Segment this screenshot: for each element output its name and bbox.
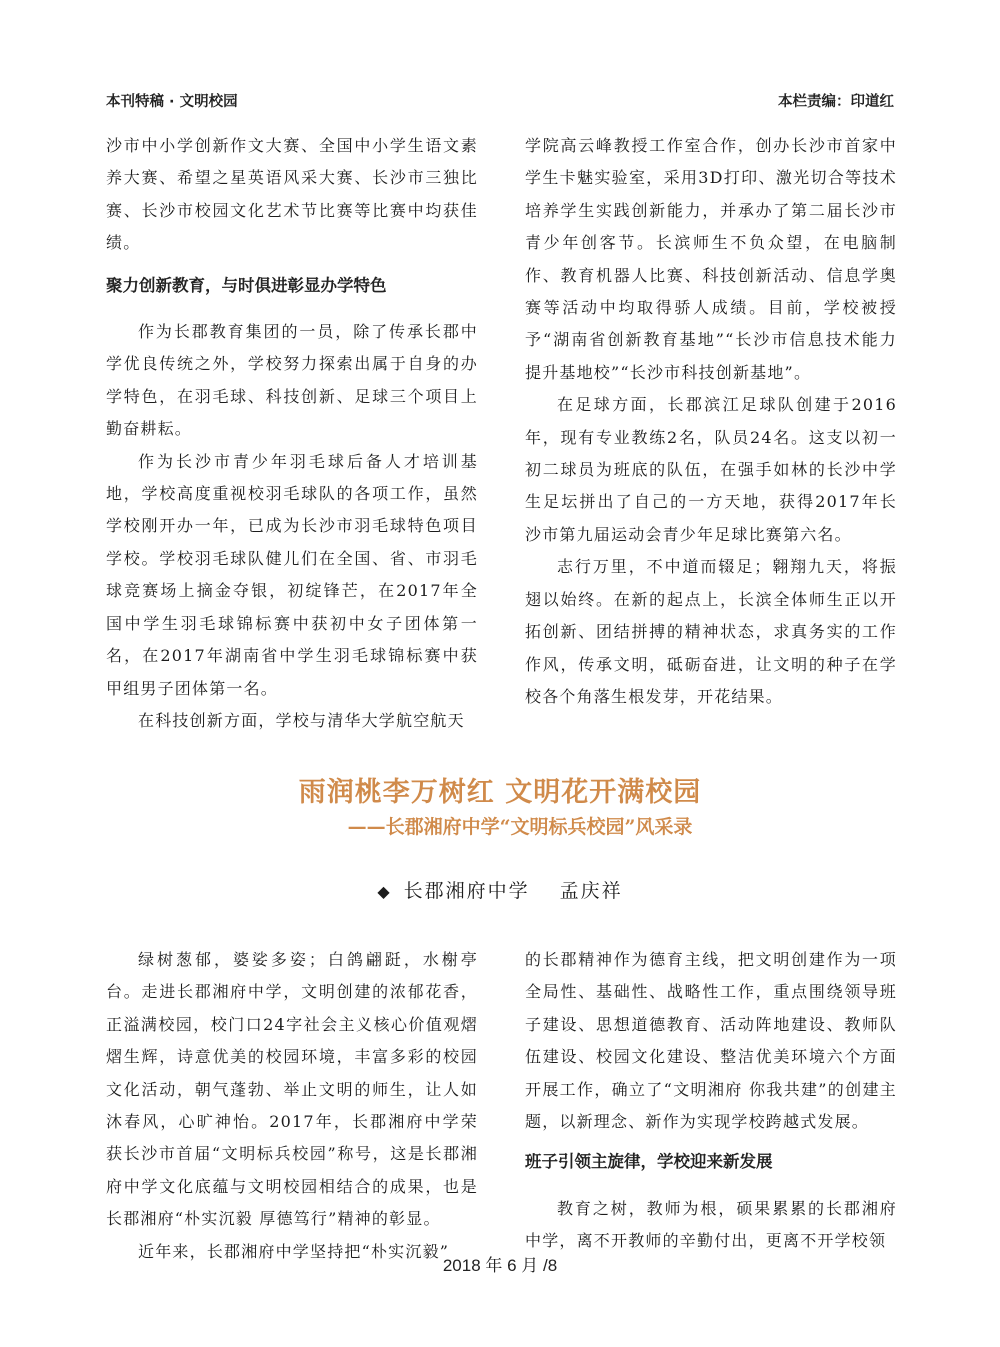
article2-column-right: 的长郡精神作为德育主线，把文明创建作为一项全局性、基础性、战略性工作，重点围绕领… bbox=[525, 944, 897, 1258]
paragraph: 作为长郡教育集团的一员，除了传承长郡中学优良传统之外，学校努力探索出属于自身的办… bbox=[106, 316, 478, 446]
article2-column-left: 绿树葱郁，婆娑多姿；白鸽翩跹，水榭亭台。走进长郡湘府中学，文明创建的浓郁花香，正… bbox=[106, 944, 478, 1268]
byline-school: 长郡湘府中学 bbox=[404, 880, 530, 902]
editor-credit: 本栏责编：印道红 bbox=[778, 90, 894, 111]
section-label: 本刊特稿 · 文明校园 bbox=[106, 90, 238, 111]
byline: ◆长郡湘府中学孟庆祥 bbox=[0, 876, 1000, 903]
article-title: 雨润桃李万树红 文明花开满校园 bbox=[0, 770, 1000, 809]
paragraph: 学院高云峰教授工作室合作，创办长沙市首家中学生卡魅实验室，采用3D打印、激光切合… bbox=[525, 130, 897, 389]
byline-author: 孟庆祥 bbox=[560, 880, 623, 902]
paragraph: 在科技创新方面，学校与清华大学航空航天 bbox=[106, 705, 478, 737]
article1-column-right: 学院高云峰教授工作室合作，创办长沙市首家中学生卡魅实验室，采用3D打印、激光切合… bbox=[525, 130, 897, 713]
section-heading: 聚力创新教育，与时俱进彰显办学特色 bbox=[106, 270, 478, 302]
article1-column-left: 沙市中小学创新作文大赛、全国中小学生语文素养大赛、希望之星英语风采大赛、长沙市三… bbox=[106, 130, 478, 737]
diamond-icon: ◆ bbox=[377, 882, 391, 901]
paragraph: 志行万里，不中道而辍足；翱翔九天，将振翅以始终。在新的起点上，长滨全体师生正以开… bbox=[525, 551, 897, 713]
article-subtitle: ——长郡湘府中学“文明标兵校园”风采录 bbox=[0, 812, 1000, 839]
paragraph: 作为长沙市青少年羽毛球后备人才培训基地，学校高度重视校羽毛球队的各项工作，虽然学… bbox=[106, 446, 478, 705]
paragraph: 教育之树，教师为根，硕果累累的长郡湘府中学，离不开教师的辛勤付出，更离不开学校领 bbox=[525, 1193, 897, 1258]
paragraph: 在足球方面，长郡滨江足球队创建于2016年，现有专业教练2名，队员24名。这支以… bbox=[525, 389, 897, 551]
paragraph: 的长郡精神作为德育主线，把文明创建作为一项全局性、基础性、战略性工作，重点围绕领… bbox=[525, 944, 897, 1138]
paragraph: 沙市中小学创新作文大赛、全国中小学生语文素养大赛、希望之星英语风采大赛、长沙市三… bbox=[106, 130, 478, 260]
section-heading: 班子引领主旋律，学校迎来新发展 bbox=[525, 1146, 897, 1178]
page-footer: 2018 年 6 月 /8 bbox=[0, 1251, 1000, 1276]
paragraph: 绿树葱郁，婆娑多姿；白鸽翩跹，水榭亭台。走进长郡湘府中学，文明创建的浓郁花香，正… bbox=[106, 944, 478, 1236]
